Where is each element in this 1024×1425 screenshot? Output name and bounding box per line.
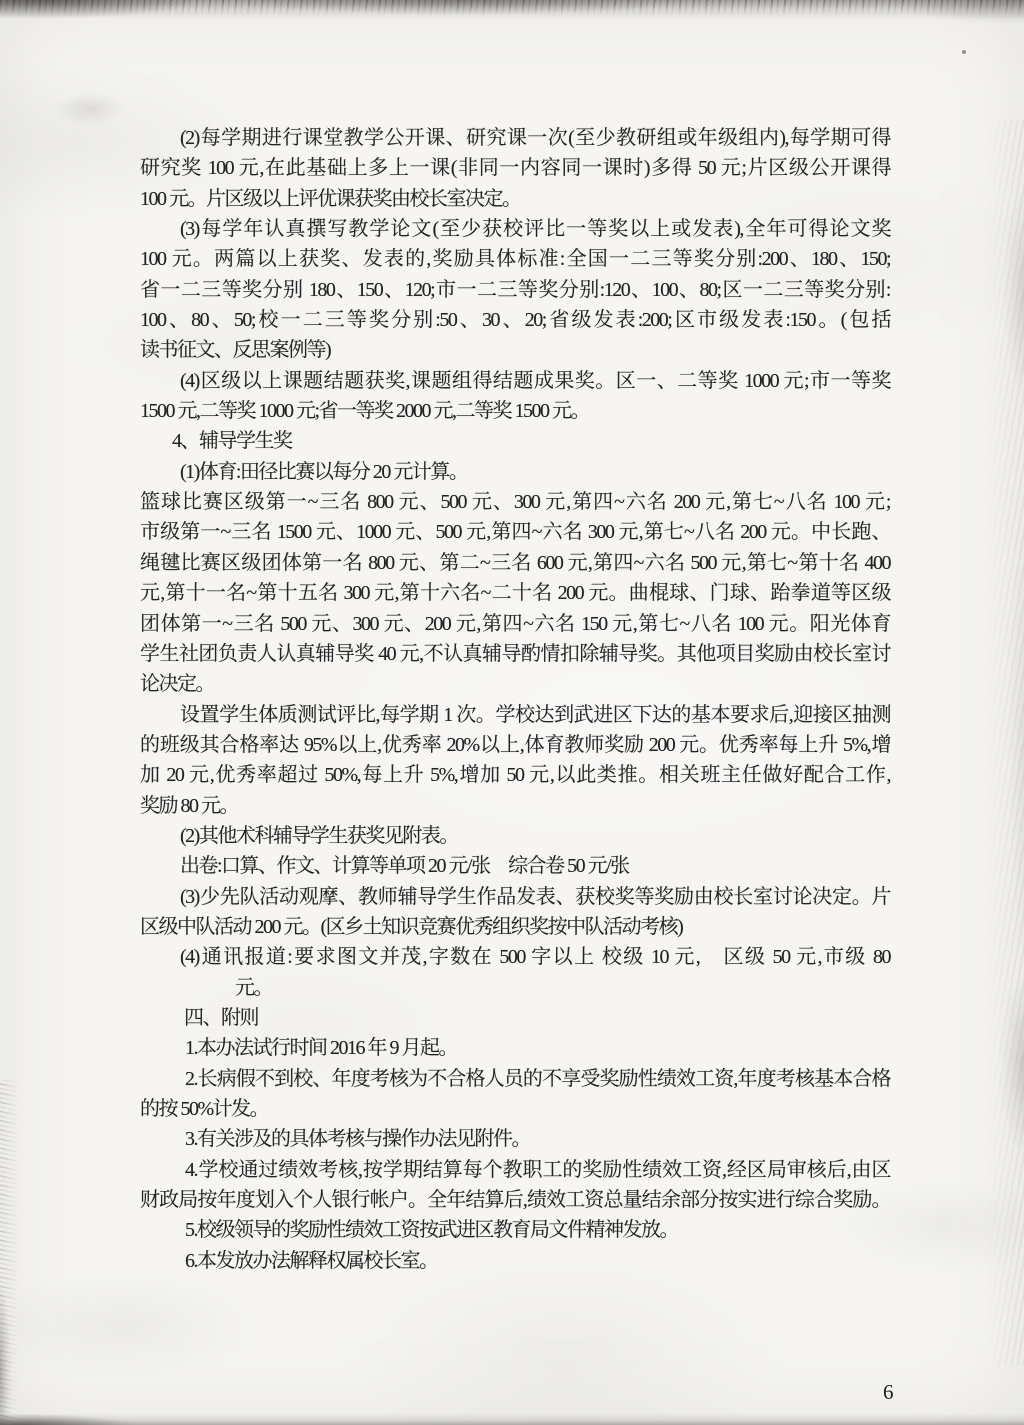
text-line: 四、附则 — [140, 1003, 890, 1033]
scan-artifact-right-edge — [980, 120, 1024, 1365]
text-line: 的班级其合格率达 95%以上,优秀率 20%以上,体育教师奖励 200 元。优秀… — [140, 730, 890, 760]
text-line: 的按 50%计发。 — [140, 1094, 890, 1124]
text-line: 读书征文、反思案例等) — [140, 335, 890, 365]
text-line: (2)每学期进行课堂教学公开课、研究课一次(至少教研组或年级组内),每学期可得 — [140, 123, 890, 153]
text-line: 100、80、50;校一二三等奖分别:50、30、20;省级发表:200;区市级… — [140, 305, 890, 335]
text-line: 奖励 80 元。 — [140, 791, 890, 821]
text-line: 市级第一~三名 1500 元、1000 元、500 元,第四~六名 300 元,… — [140, 517, 890, 547]
text-line: 团体第一~三名 500 元、300 元、200 元,第四~六名 150 元,第七… — [140, 609, 890, 639]
scan-artifact-bottom-edge — [0, 1413, 1024, 1425]
scan-speck — [962, 50, 966, 54]
text-line: 元。 — [140, 973, 890, 1003]
text-line: (4)通讯报道:要求图文并茂,字数在 500 字以上 校级 10 元, 区级 5… — [140, 942, 890, 972]
text-line: 3.有关涉及的具体考核与操作办法见附件。 — [140, 1124, 890, 1154]
text-line: 出卷:口算、作文、计算等单项 20 元/张 综合卷 50 元/张 — [140, 851, 890, 881]
text-line: 1500 元,二等奖 1000 元;省一等奖 2000 元,二等奖 1500 元… — [140, 396, 890, 426]
text-line: 绳毽比赛区级团体第一名 800 元、第二~三名 600 元,第四~六名 500 … — [140, 548, 890, 578]
text-line: 6.本发放办法解释权属校长室。 — [140, 1246, 890, 1276]
text-line: 学生社团负责人认真辅导奖 40 元,不认真辅导酌情扣除辅导奖。其他项目奖励由校长… — [140, 639, 890, 669]
text-line: 100 元。两篇以上获奖、发表的,奖励具体标准:全国一二三等奖分别:200、18… — [140, 244, 890, 274]
text-line: 1.本办法试行时间 2016 年 9 月起。 — [140, 1033, 890, 1063]
text-line: 财政局按年度划入个人银行帐户。全年结算后,绩效工资总量结余部分按实进行综合奖励。 — [140, 1185, 890, 1215]
document-body: (2)每学期进行课堂教学公开课、研究课一次(至少教研组或年级组内),每学期可得研… — [140, 123, 890, 1276]
text-line: (2)其他术科辅导学生获奖见附表。 — [140, 821, 890, 851]
scan-artifact-top-edge — [0, 0, 1024, 24]
text-line: 4.学校通过绩效考核,按学期结算每个教职工的奖励性绩效工资,经区局审核后,由区 — [140, 1155, 890, 1185]
text-line: (1)体育:田径比赛以每分 20 元计算。 — [140, 457, 890, 487]
text-line: (3)少先队活动观摩、教师辅导学生作品发表、获校奖等奖励由校长室讨论决定。片 — [140, 882, 890, 912]
text-line: 5.校级领导的奖励性绩效工资按武进区教育局文件精神发放。 — [140, 1215, 890, 1245]
text-line: 100 元。片区级以上评优课获奖由校长室决定。 — [140, 184, 890, 214]
text-line: 加 20 元,优秀率超过 50%,每上升 5%,增加 50 元,以此类推。相关班… — [140, 760, 890, 790]
scan-smudge — [55, 92, 125, 126]
page-number: 6 — [883, 1380, 894, 1405]
text-line: 4、辅导学生奖 — [140, 426, 890, 456]
text-line: 研究奖 100 元,在此基础上多上一课(非同一内容同一课时)多得 50 元;片区… — [140, 153, 890, 183]
text-line: 论决定。 — [140, 669, 890, 699]
scanned-page: (2)每学期进行课堂教学公开课、研究课一次(至少教研组或年级组内),每学期可得研… — [0, 0, 1024, 1425]
text-line: (3)每学年认真撰写教学论文(至少获校评比一等奖以上或发表),全年可得论文奖 — [140, 214, 890, 244]
text-line: 元,第十一名~第十五名 300 元,第十六名~二十名 200 元。曲棍球、门球、… — [140, 578, 890, 608]
text-line: (4)区级以上课题结题获奖,课题组得结题成果奖。区一、二等奖 1000 元;市一… — [140, 366, 890, 396]
text-line: 区级中队活动 200 元。(区乡土知识竞赛优秀组织奖按中队活动考核) — [140, 912, 890, 942]
text-line: 2.长病假不到校、年度考核为不合格人员的不享受奖励性绩效工资,年度考核基本合格 — [140, 1064, 890, 1094]
text-line: 篮球比赛区级第一~三名 800 元、500 元、300 元,第四~六名 200 … — [140, 487, 890, 517]
text-line: 设置学生体质测试评比,每学期 1 次。学校达到武进区下达的基本要求后,迎接区抽测 — [140, 700, 890, 730]
text-line: 省一二三等奖分别 180、150、120;市一二三等奖分别:120、100、80… — [140, 275, 890, 305]
scan-artifact-left-edge — [0, 1080, 22, 1425]
